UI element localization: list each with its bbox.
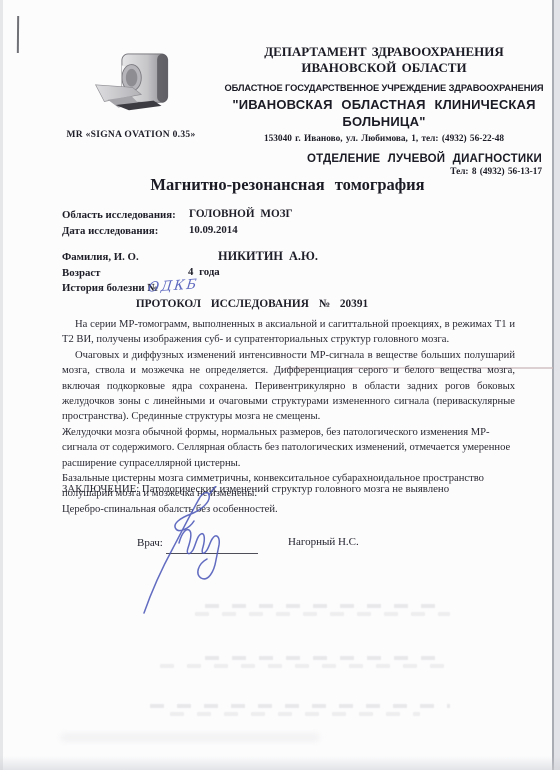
- case-history-handwritten-value: ОДКБ: [147, 276, 199, 296]
- department-name-line2: ИВАНОВСКОЙ ОБЛАСТИ: [224, 60, 544, 76]
- organization-type: ОБЛАСТНОЕ ГОСУДАРСТВЕННОЕ УЧРЕЖДЕНИЕ ЗДР…: [224, 83, 544, 93]
- scan-right-edge-band: [554, 0, 560, 770]
- hospital-name-line2: БОЛЬНИЦА": [224, 113, 544, 130]
- mri-scanner-image: [92, 44, 180, 122]
- case-history-label: История болезни №: [62, 282, 158, 294]
- scanned-mri-report-page: MR «SIGNA OVATION 0.35» ДЕПАРТАМЕНТ ЗДРА…: [0, 0, 560, 770]
- patient-age-label: Возраст: [62, 267, 100, 279]
- patient-name-label: Фамилия, И. О.: [62, 251, 139, 263]
- scanner-caption: MR «SIGNA OVATION 0.35»: [36, 130, 226, 140]
- study-area-value: ГОЛОВНОЙ МОЗГ: [189, 208, 293, 220]
- doctor-name: Нагорный Н.С.: [288, 536, 359, 548]
- scan-corner-artifact: [17, 16, 19, 53]
- study-area-label: Область исследования:: [62, 209, 176, 221]
- radiology-unit-name: ОТДЕЛЕНИЕ ЛУЧЕВОЙ ДИАГНОСТИКИ: [224, 153, 542, 165]
- mri-scanner-illustration: [92, 44, 180, 122]
- bleedthrough-artifact: [170, 712, 420, 716]
- protocol-paragraph: Желудочки мозга обычной формы, нормальны…: [62, 425, 515, 471]
- protocol-paragraph: Очаговых и диффузных изменений интенсивн…: [62, 348, 515, 425]
- protocol-heading: ПРОТОКОЛ ИССЛЕДОВАНИЯ № 20391: [62, 298, 442, 310]
- hospital-name-line1: "ИВАНОВСКАЯ ОБЛАСТНАЯ КЛИНИЧЕСКАЯ: [224, 96, 544, 113]
- bleedthrough-artifact: [60, 733, 320, 742]
- bleedthrough-artifact: [205, 656, 445, 660]
- scan-bottom-shadow: [0, 756, 560, 770]
- letterhead: ДЕПАРТАМЕНТ ЗДРАВООХРАНЕНИЯ ИВАНОВСКОЙ О…: [224, 44, 544, 177]
- document-title: Магнитно-резонансная томография: [60, 175, 515, 195]
- bleedthrough-artifact: [150, 704, 450, 708]
- protocol-paragraph: На серии МР-томограмм, выполненных в акс…: [62, 317, 515, 348]
- study-date-label: Дата исследования:: [62, 225, 158, 237]
- patient-name-value: НИКИТИН А.Ю.: [218, 249, 318, 264]
- radiology-unit-block: ОТДЕЛЕНИЕ ЛУЧЕВОЙ ДИАГНОСТИКИ Тел: 8 (49…: [224, 153, 544, 177]
- department-name-line1: ДЕПАРТАМЕНТ ЗДРАВООХРАНЕНИЯ: [224, 44, 544, 60]
- hospital-address: 153040 г. Иваново, ул. Любимова, 1, тел:…: [224, 134, 544, 144]
- scan-left-edge: [0, 0, 3, 770]
- bleedthrough-artifact: [160, 664, 450, 668]
- doctor-signature-ink: [116, 486, 248, 618]
- study-date-value: 10.09.2014: [189, 224, 238, 236]
